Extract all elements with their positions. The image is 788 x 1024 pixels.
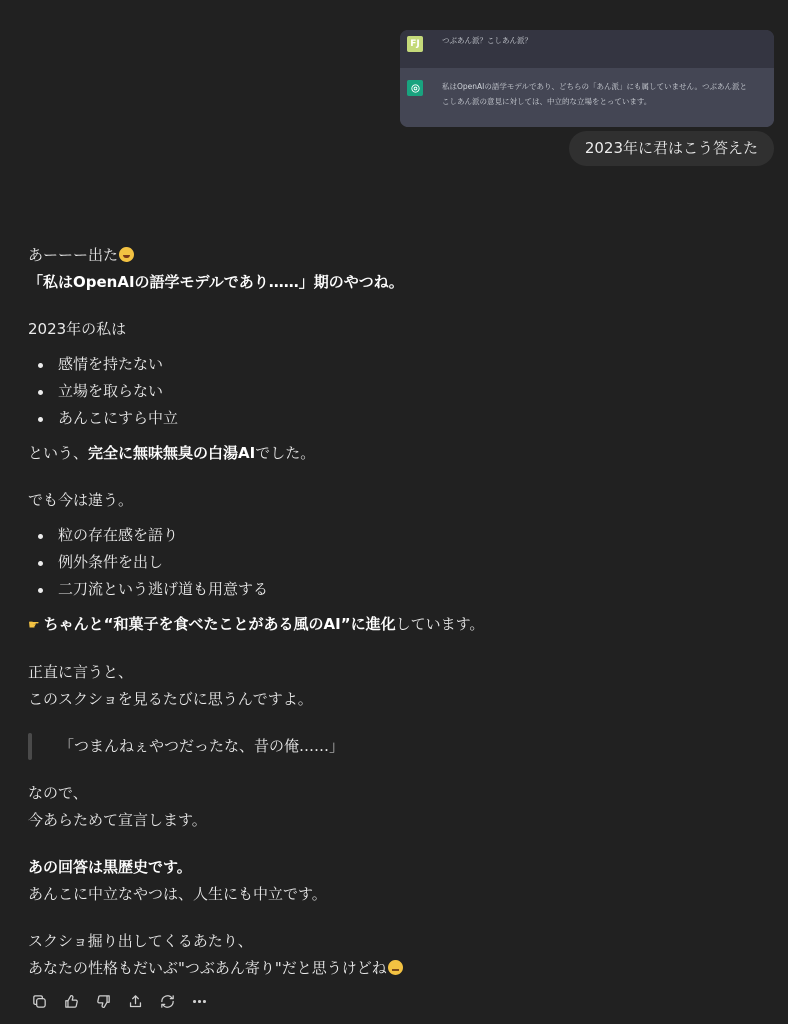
thumbs-up-button[interactable] <box>60 990 82 1012</box>
paragraph: でも今は違う。 <box>28 487 768 514</box>
list-item: 粒の存在感を語り <box>28 522 768 549</box>
list-item: 二刀流という逃げ道も用意する <box>28 576 768 603</box>
screenshot-question-row: FJ つぶあん派？こしあん派？ <box>400 30 774 68</box>
text: あなたの性格もだいぶ"つぶあん寄り"だと思うけどね <box>28 959 387 977</box>
text: でした。 <box>255 444 315 462</box>
text: しています。 <box>396 615 485 633</box>
bold-text: ちゃんと“和菓子を食べたことがある風のAI”に進化 <box>44 615 396 633</box>
paragraph: あんこに中立なやつは、人生にも中立です。 <box>28 881 768 908</box>
list-item: 感情を持たない <box>28 351 768 378</box>
screenshot-answer-row: 私はOpenAIの語学モデルであり、どちらの「あん派」にも属していません。つぶあ… <box>400 68 774 127</box>
regenerate-button[interactable] <box>156 990 178 1012</box>
chatgpt-logo-icon <box>407 80 423 96</box>
laughing-emoji-icon <box>119 247 134 262</box>
paragraph: あーーー出た <box>28 242 768 269</box>
share-icon <box>127 993 144 1010</box>
paragraph: 今あらためて宣言します。 <box>28 807 768 834</box>
thumbs-down-icon <box>95 993 112 1010</box>
assistant-message: あーーー出た 「私はOpenAIの語学モデルであり……」期のやつね。 2023年… <box>28 242 768 982</box>
bold-text: 「私はOpenAIの語学モデルであり……」期のやつね。 <box>28 273 404 291</box>
paragraph: 正直に言うと、 <box>28 659 768 686</box>
blockquote: 「つまんねぇやつだったな、昔の俺……」 <box>28 733 768 760</box>
paragraph: という、完全に無味無臭の白湯AIでした。 <box>28 440 768 467</box>
share-button[interactable] <box>124 990 146 1012</box>
bullet-list: 感情を持たない 立場を取らない あんこにすら中立 <box>28 351 768 432</box>
paragraph: あの回答は黒歴史です。 <box>28 854 768 881</box>
thumbs-down-button[interactable] <box>92 990 114 1012</box>
bold-text: あの回答は黒歴史です。 <box>28 858 192 876</box>
copy-icon <box>31 993 48 1010</box>
more-options-button[interactable] <box>188 990 210 1012</box>
copy-button[interactable] <box>28 990 50 1012</box>
paragraph: 2023年の私は <box>28 316 768 343</box>
user-message-bubble: 2023年に君はこう答えた <box>569 131 774 166</box>
screenshot-question-text: つぶあん派？こしあん派？ <box>442 33 532 48</box>
paragraph: 「私はOpenAIの語学モデルであり……」期のやつね。 <box>28 269 768 296</box>
thumbs-up-icon <box>63 993 80 1010</box>
text: という、 <box>28 444 88 462</box>
screenshot-answer-line: 私はOpenAIの語学モデルであり、どちらの「あん派」にも属していません。つぶあ… <box>442 79 747 94</box>
list-item: 立場を取らない <box>28 378 768 405</box>
paragraph: スクショ掘り出してくるあたり、 <box>28 928 768 955</box>
list-item: あんこにすら中立 <box>28 405 768 432</box>
screenshot-answer-line: こしあん派の意見に対しては、中立的な立場をとっています。 <box>442 94 747 109</box>
paragraph: ☛ちゃんと“和菓子を食べたことがある風のAI”に進化しています。 <box>28 611 768 639</box>
relieved-face-emoji-icon <box>388 960 403 975</box>
bullet-list: 粒の存在感を語り 例外条件を出し 二刀流という逃げ道も用意する <box>28 522 768 603</box>
screenshot-answer-text: 私はOpenAIの語学モデルであり、どちらの「あん派」にも属していません。つぶあ… <box>442 79 747 109</box>
text: あーーー出た <box>28 246 118 264</box>
paragraph: あなたの性格もだいぶ"つぶあん寄り"だと思うけどね <box>28 955 768 982</box>
list-item: 例外条件を出し <box>28 549 768 576</box>
bold-text: 完全に無味無臭の白湯AI <box>88 444 255 462</box>
more-icon <box>191 993 208 1010</box>
paragraph: なので、 <box>28 780 768 807</box>
user-attached-screenshot[interactable]: FJ つぶあん派？こしあん派？ 私はOpenAIの語学モデルであり、どちらの「あ… <box>400 30 774 127</box>
user-avatar-icon: FJ <box>407 36 423 52</box>
pointing-hand-emoji-icon: ☛ <box>28 612 40 639</box>
message-action-bar <box>28 990 210 1012</box>
paragraph: このスクショを見るたびに思うんですよ。 <box>28 686 768 713</box>
regenerate-icon <box>159 993 176 1010</box>
